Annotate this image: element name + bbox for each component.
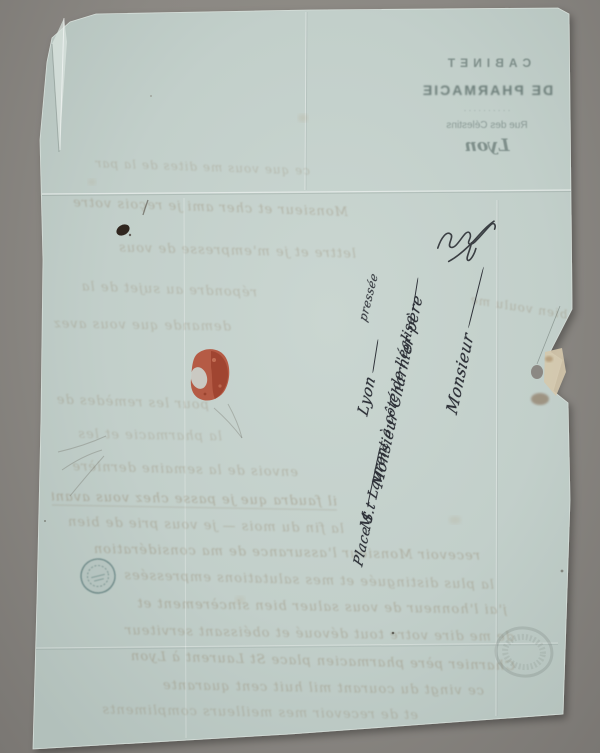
bleedthrough-handwriting: ce que vous me dites de la part deMonsie…	[0, 0, 600, 753]
bleedthrough-line: et de recevoir mes meilleurs compliments	[58, 702, 418, 723]
bleedthrough-line: demande que vous avez	[46, 316, 231, 334]
bleedthrough-line: recevoir Monsieur l'assurance de ma cons…	[50, 541, 480, 564]
bleedthrough-line: de me dire votre tout dévoué et obéissan…	[44, 622, 514, 645]
letter-photograph: CABINET DE PHARMACIE · · · · · · · · · ·…	[0, 0, 600, 753]
bleedthrough-line: Charnier père pharmacien place St Lauren…	[50, 647, 515, 674]
bleedthrough-line: la fin du mois — je vous prie de bien	[44, 514, 344, 537]
bleedthrough-line: envois de la semaine dernière	[48, 459, 298, 481]
bleedthrough-line: j'ai l'honneur de vous saluer bien sincè…	[52, 595, 507, 618]
bleedthrough-line: la pharmacie et les	[52, 427, 222, 445]
bleedthrough-line: ce que vous me dites de la part de	[95, 156, 310, 177]
bleedthrough-line: répondre au sujet de la	[52, 278, 257, 300]
bleedthrough-line: lettre et je m'empresse de vous	[66, 239, 356, 262]
bleedthrough-line: pour les remèdes de	[44, 392, 209, 413]
bleedthrough-line: ce vingt du courant mil huit cent quaran…	[54, 676, 484, 699]
bleedthrough-line: Monsieur et cher ami je reçois votre	[58, 195, 348, 220]
bleedthrough-line: il faudra que je passe chez vous avant	[52, 490, 337, 511]
bleedthrough-line: la plus distinguée et mes salutations em…	[44, 566, 494, 593]
